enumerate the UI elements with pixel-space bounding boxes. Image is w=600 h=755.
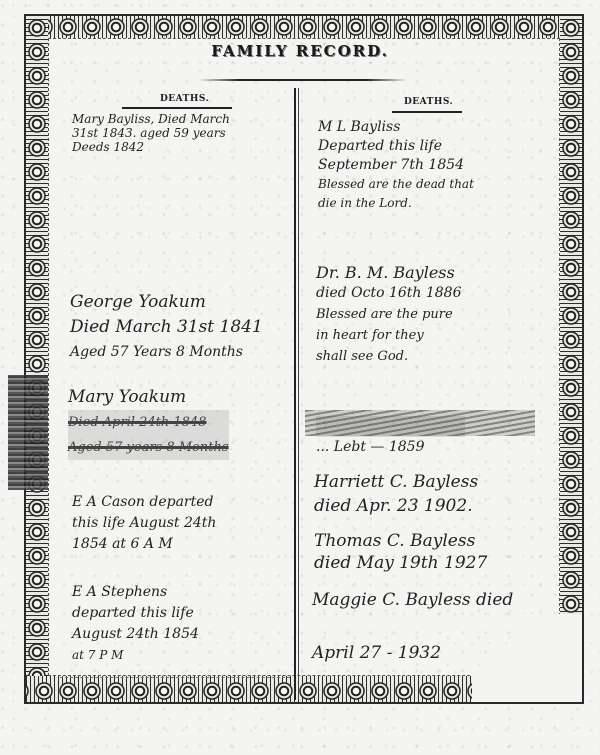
bottom-rule-left [60, 677, 290, 678]
entry-line: Died March 31st 1841 [70, 315, 263, 340]
struck-entry-line: Aged 57 years 8 Months [68, 435, 229, 460]
entry-line: shall see God. [316, 346, 462, 367]
death-entry-ea-stephens: E A Stephens departed this life August 2… [72, 582, 199, 666]
entry-line: Departed this life [318, 137, 474, 156]
title-underline [198, 79, 408, 81]
entry-line: ... Lebt — 1859 [316, 437, 465, 458]
entry-line: Mary Bayliss, Died March [72, 112, 230, 126]
entry-line: Blessed are the pure [316, 304, 462, 325]
entry-line: this life August 24th [72, 513, 216, 534]
entry-line: 1854 at 6 A M [72, 534, 216, 555]
page-title: FAMILY RECORD. [0, 42, 600, 60]
right-heading-rule [392, 111, 462, 113]
entry-line: April 27 - 1932 [312, 641, 513, 666]
entry-line: Deeds 1842 [72, 140, 230, 154]
death-entry-thomas-bayless: Thomas C. Bayless died May 19th 1927 [314, 530, 487, 574]
entry-line: September 7th 1854 [318, 156, 474, 175]
entry-line: Aged 57 Years 8 Months [70, 340, 263, 365]
left-heading-rule [122, 107, 232, 109]
death-entry-maggie-bayless: Maggie C. Bayless died April 27 - 1932 [312, 588, 513, 666]
entry-line: E A Stephens [72, 582, 199, 603]
death-entry-ml-bayliss: M L Bayliss Departed this life September… [318, 118, 474, 213]
death-entry-mary-yoakum: Mary Yoakum Died April 24th 1848 Aged 57… [68, 385, 229, 460]
entry-line: 31st 1843. aged 59 years [72, 126, 230, 140]
entry-line: Blessed are the dead that [318, 175, 474, 194]
left-column-heading: DEATHS. [160, 94, 209, 104]
entry-line: M L Bayliss [318, 118, 474, 137]
column-divider [294, 88, 299, 700]
entry-line: died Octo 16th 1886 [316, 283, 462, 304]
entry-line: Maggie C. Bayless died [312, 588, 513, 613]
entry-line: Thomas C. Bayless [314, 530, 487, 552]
entry-line: died May 19th 1927 [314, 552, 487, 574]
death-entry-harriett-bayless: Harriett C. Bayless died Apr. 23 1902. [314, 470, 478, 518]
border-left [26, 16, 48, 702]
entry-line: Mary Yoakum [68, 385, 229, 410]
struck-entry-line: Died April 24th 1848 [68, 410, 229, 435]
death-entry-ea-cason: E A Cason departed this life August 24th… [72, 492, 216, 555]
right-column-heading: DEATHS. [404, 97, 453, 107]
entry-line: in heart for they [316, 325, 462, 346]
entry-line: Harriett C. Bayless [314, 470, 478, 494]
entry-line: departed this life [72, 603, 199, 624]
death-entry-struck-out: (illegible, struck out) ... Lebt — 1859 [316, 416, 465, 458]
border-top [26, 16, 582, 38]
entry-line: die in the Lord. [318, 194, 474, 213]
border-right [560, 16, 582, 642]
entry-line: E A Cason departed [72, 492, 216, 513]
death-entry-dr-bm-bayless: Dr. B. M. Bayless died Octo 16th 1886 Bl… [316, 262, 462, 367]
death-entry-mary-bayliss: Mary Bayliss, Died March 31st 1843. aged… [72, 112, 230, 154]
death-entry-george-yoakum: George Yoakum Died March 31st 1841 Aged … [70, 290, 263, 365]
torn-edge-smudge [8, 375, 48, 490]
entry-line: died Apr. 23 1902. [314, 494, 478, 518]
entry-line: at 7 P M [72, 645, 199, 666]
entry-line: Dr. B. M. Bayless [316, 262, 462, 283]
struck-entry-line: (illegible, struck out) [316, 416, 465, 437]
entry-line: August 24th 1854 [72, 624, 199, 645]
entry-line: George Yoakum [70, 290, 263, 315]
